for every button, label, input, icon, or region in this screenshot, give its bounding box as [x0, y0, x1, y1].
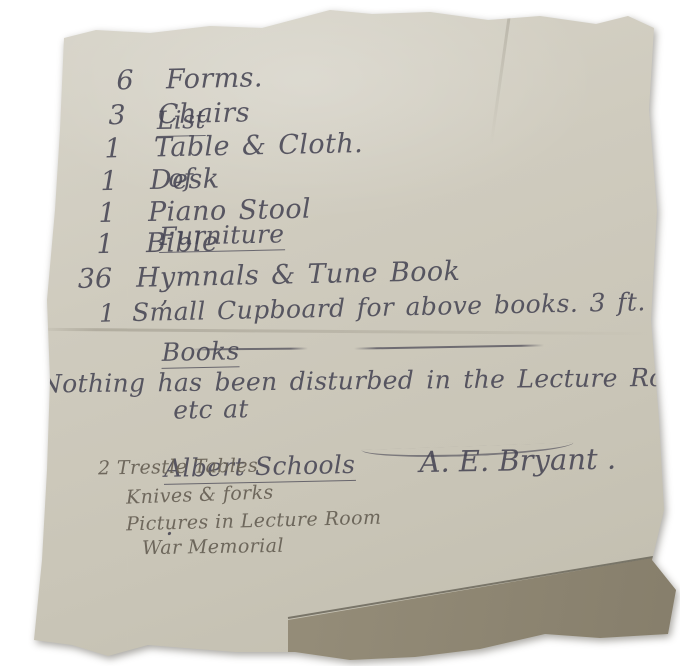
paper-shadow: List of Furniture , Books etc at Albert …	[0, 0, 680, 666]
pencil-note-line: Pictures in Lecture Room	[126, 507, 382, 536]
document-paper: List of Furniture , Books etc at Albert …	[0, 0, 680, 666]
pencil-note-line: 2 Trestle Tables	[98, 455, 258, 480]
pencil-notes: 2 Trestle Tables Knives & forks Pictures…	[0, 0, 680, 666]
pencil-note-line: Knives & forks	[126, 481, 274, 508]
pencil-note-line: War Memorial	[142, 535, 284, 559]
photo-background: List of Furniture , Books etc at Albert …	[0, 0, 680, 666]
